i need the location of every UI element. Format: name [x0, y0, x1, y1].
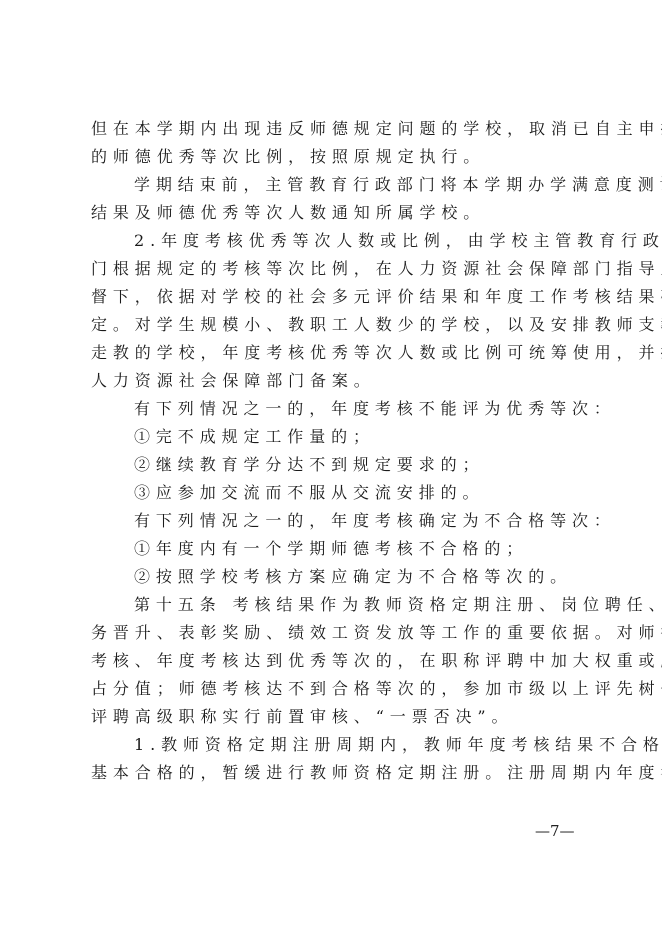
text-line: 人力资源社会保障部门备案。: [91, 367, 581, 395]
text-line: 占分值；师德考核达不到合格等次的，参加市级以上评先树优、: [91, 675, 581, 703]
page-number: —7—: [535, 822, 575, 840]
list-item: ①年度内有一个学期师德考核不合格的；: [91, 535, 581, 563]
text-line: 门根据规定的考核等次比例，在人力资源社会保障部门指导监: [91, 255, 581, 283]
text-line: 定。对学生规模小、教职工人数少的学校，以及安排教师支教: [91, 311, 581, 339]
document-body: 但在本学期内出现违反师德规定问题的学校，取消已自主申报 的师德优秀等次比例，按照…: [91, 115, 581, 787]
list-item: ②按照学校考核方案应确定为不合格等次的。: [91, 563, 581, 591]
text-line: 考核、年度考核达到优秀等次的，在职称评聘中加大权重或所: [91, 647, 581, 675]
text-line: 走教的学校，年度考核优秀等次人数或比例可统筹使用，并报: [91, 339, 581, 367]
text-line: 基本合格的，暂缓进行教师资格定期注册。注册周期内年度考: [91, 759, 581, 787]
text-line: 有下列情况之一的，年度考核不能评为优秀等次：: [91, 395, 581, 423]
text-line: 学期结束前，主管教育行政部门将本学期办学满意度测评: [91, 171, 581, 199]
text-line: 但在本学期内出现违反师德规定问题的学校，取消已自主申报: [91, 115, 581, 143]
list-item: ②继续教育学分达不到规定要求的；: [91, 451, 581, 479]
text-line: 2.年度考核优秀等次人数或比例，由学校主管教育行政部: [91, 227, 581, 255]
list-item: ①完不成规定工作量的；: [91, 423, 581, 451]
list-item: ③应参加交流而不服从交流安排的。: [91, 479, 581, 507]
text-line: 务晋升、表彰奖励、绩效工资发放等工作的重要依据。对师德: [91, 619, 581, 647]
text-line: 评聘高级职称实行前置审核、“一票否决”。: [91, 703, 581, 731]
text-line: 1.教师资格定期注册周期内，教师年度考核结果不合格或: [91, 731, 581, 759]
article-heading-line: 第十五条 考核结果作为教师资格定期注册、岗位聘任、职: [91, 591, 581, 619]
text-line: 督下，依据对学校的社会多元评价结果和年度工作考核结果确: [91, 283, 581, 311]
text-line: 结果及师德优秀等次人数通知所属学校。: [91, 199, 581, 227]
text-line: 的师德优秀等次比例，按照原规定执行。: [91, 143, 581, 171]
text-line: 有下列情况之一的，年度考核确定为不合格等次：: [91, 507, 581, 535]
